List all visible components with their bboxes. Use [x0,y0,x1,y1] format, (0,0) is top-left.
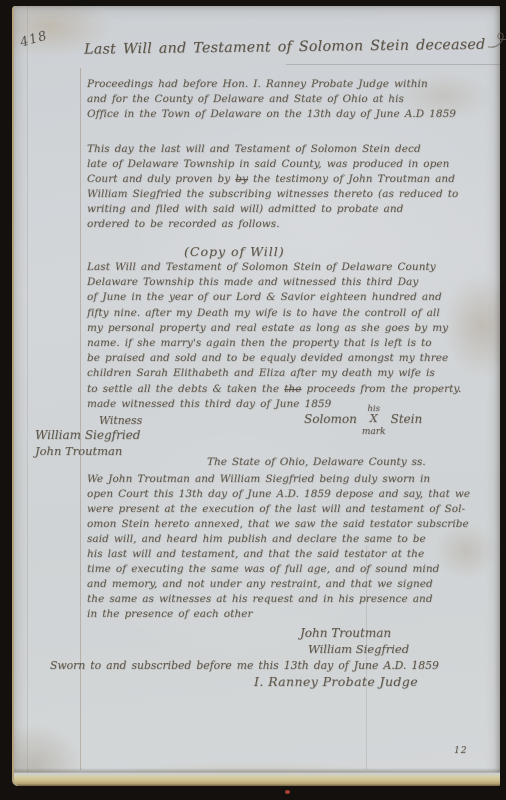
handwritten-line: in the presence of each other [87,607,470,622]
handwritten-line: Court and duly proven by by the testimon… [87,172,458,187]
will-body-paragraph: Last Will and Testament of Solomon Stein… [87,260,461,412]
mark-label: mark [362,427,386,437]
handwritten-line: fifty nine. after my Death my wife is to… [87,306,461,321]
handwritten-line: name. if she marry's again then the prop… [87,336,461,351]
handwritten-line: were present at the execution of the las… [87,502,470,517]
testator-mark-signature: Solomon his X mark Stein [304,404,422,434]
witness-signature: William Siegfried [308,642,409,656]
witness-label: Witness [99,414,142,427]
document-title-text: Last Will and Testament of Solomon Stein… [84,37,486,58]
witness-signature: William Siegfried [35,428,140,442]
handwritten-line: and memory, and not under any restraint,… [87,577,470,592]
x-mark: X [370,414,378,424]
proceedings-paragraph: Proceedings had before Hon. I. Ranney Pr… [87,77,456,122]
handwritten-line: children Sarah Elithabeth and Eliza afte… [87,366,461,381]
handwritten-line: of June in the year of our Lord & Savior… [87,290,461,305]
handwritten-line: Last Will and Testament of Solomon Stein… [87,260,461,275]
jurat-line: Sworn to and subscribed before me this 1… [50,659,439,672]
handwritten-line: ordered to be recorded as follows. [87,217,458,232]
red-speck [285,790,290,794]
line-segment: proceeds from the property. [301,383,461,395]
handwritten-line: This day the last will and Testament of … [87,142,458,157]
handwritten-line: his last will and testament, and that th… [87,547,470,562]
handwritten-line: to settle all the debts & taken the the … [87,382,461,397]
handwritten-line: omon Stein hereto annexed, that we saw t… [87,517,470,532]
scanned-ledger-photo: 418 Last Will and Testament of Solomon S… [0,0,506,800]
handwritten-line: the same as witnesses at his request and… [87,592,470,607]
title-flourish-icon [487,30,506,52]
witness-signature: John Troutman [300,626,391,640]
probate-entry-paragraph: This day the last will and Testament of … [87,142,458,232]
handwritten-line: late of Delaware Township in said County… [87,157,458,172]
line-segment: to settle all the debts & taken the [87,383,284,395]
testator-first-name: Solomon [304,412,357,426]
struck-out-word: the [284,383,301,395]
handwritten-line: and for the County of Delaware and State… [87,92,456,107]
stacked-page-edges [14,768,500,786]
handwritten-line: Proceedings had before Hon. I. Ranney Pr… [87,77,456,92]
handwritten-line: open Court this 13th day of June A.D. 18… [87,487,470,502]
document-title: Last Will and Testament of Solomon Stein… [84,30,506,57]
struck-out-word: by [235,173,248,185]
his-mark-stack: his X mark [362,404,386,434]
copy-of-will-heading: (Copy of Will) [184,244,285,259]
handwritten-line: be praised and sold and to be equaly dev… [87,351,461,366]
handwritten-line: Delaware Township this made and witnesse… [87,275,461,290]
gutter-crease [27,6,28,786]
paper-page: 418 Last Will and Testament of Solomon S… [12,6,500,786]
witness-signature: John Troutman [35,444,122,458]
ledger-number: 418 [18,28,49,50]
handwritten-line: my personal property and real estate as … [87,321,461,336]
handwritten-line: writing and filed with said will) admitt… [87,202,458,217]
handwritten-line: William Siegfried the subscribing witnes… [87,187,458,202]
line-segment: Court and duly proven by [87,173,235,185]
handwritten-line: time of executing the same was of full a… [87,562,470,577]
horizontal-crease [286,64,500,65]
state-county-heading: The State of Ohio, Delaware County ss. [207,456,426,468]
handwritten-line: We John Troutman and William Siegfried b… [87,472,470,487]
line-segment: the testimony of John Troutman and [248,173,455,185]
page-number: 12 [454,746,467,756]
handwritten-line: said will, and heard him publish and dec… [87,532,470,547]
affidavit-paragraph: We John Troutman and William Siegfried b… [87,472,470,622]
testator-last-name: Stein [391,412,423,426]
handwritten-line: Office in the Town of Delaware on the 13… [87,107,456,122]
judge-signature: I. Ranney Probate Judge [254,674,418,689]
